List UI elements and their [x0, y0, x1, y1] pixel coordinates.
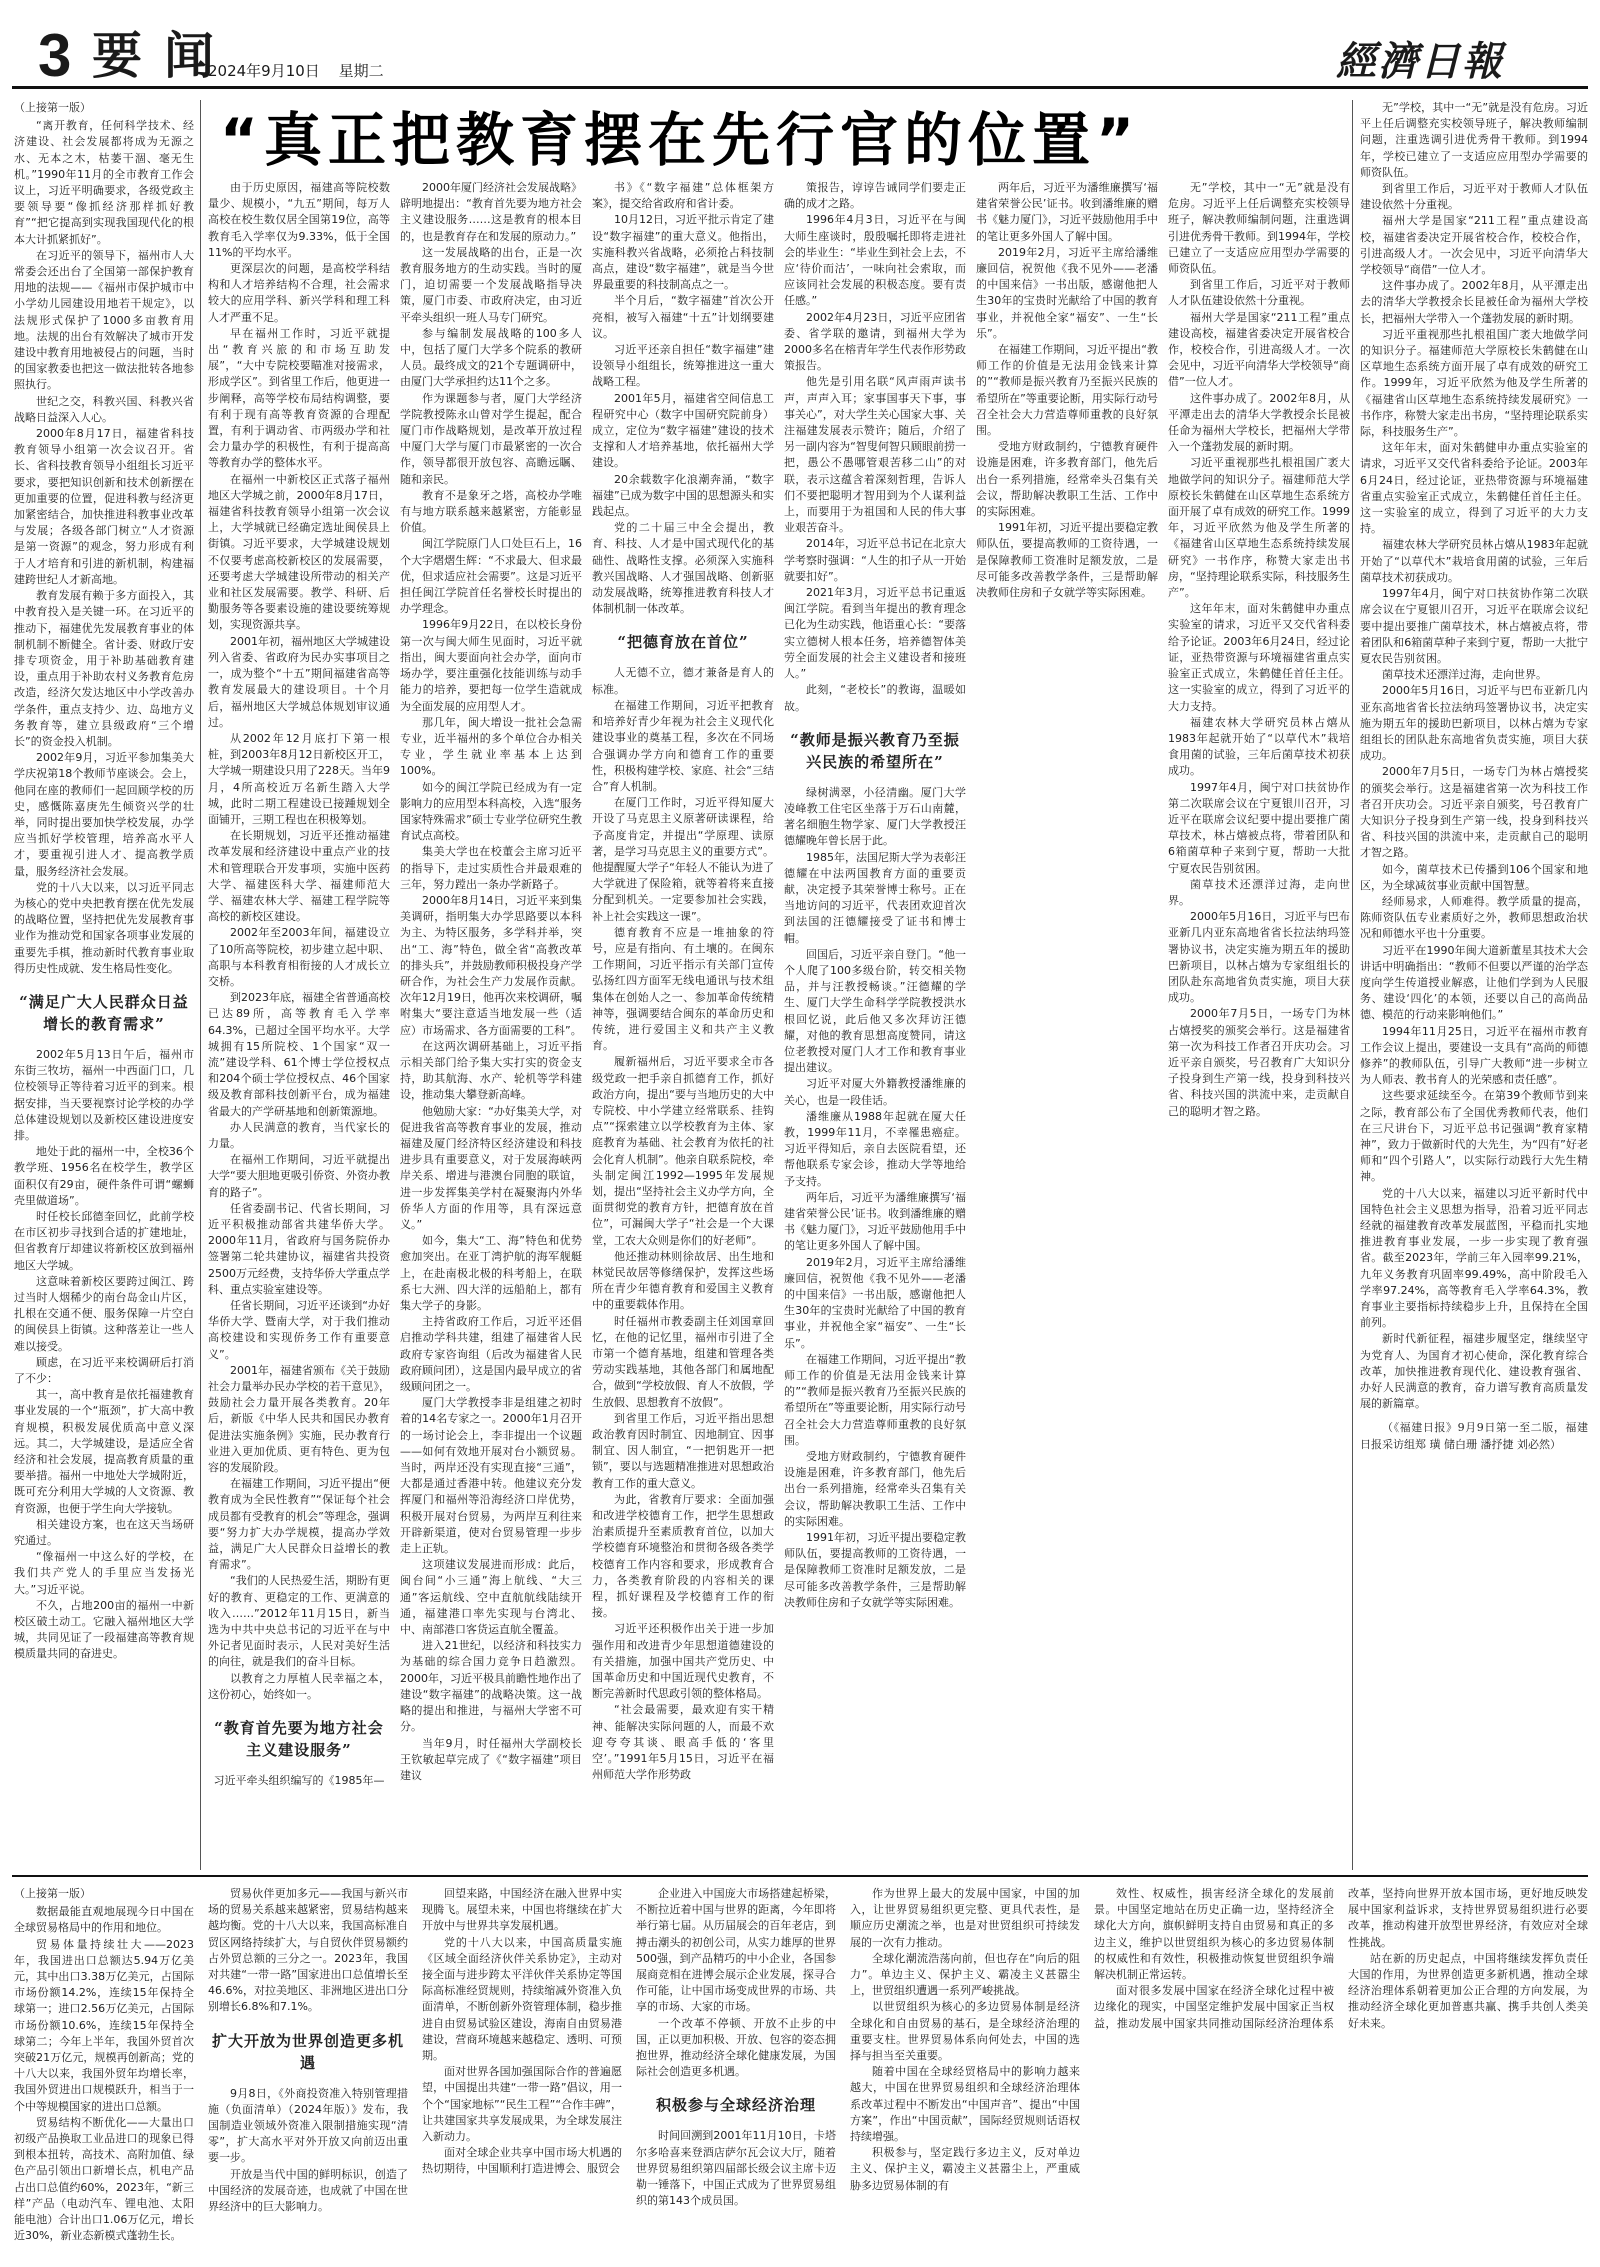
paragraph: 贸易伙伴更加多元——我国与新兴市场的贸易关系越来越紧密，贸易结构越来越均衡。党的… [208, 1886, 408, 2016]
paragraph: 这年年末，面对朱鹤健申办重点实验室的请求，习近平又交代省科委给予论证。2003年… [1360, 440, 1588, 537]
paragraph: 人无德不立，德才兼备是育人的标准。 [592, 665, 774, 697]
paragraph: 企业进入中国庞大市场搭建起桥梁，不断拉近着中国与世界的距离，今年即将举行第七届。… [636, 1886, 836, 2016]
paragraph: 在福建工作期间，习近平提出“便教育成为全民性教育”“保证每个社会成员都有受教育的… [208, 1476, 390, 1573]
paragraph: 两年后，习近平为潘维廉撰写‘福建省荣誉公民’证书。收到潘维廉的赠书《魅力厦门》，… [976, 180, 1158, 245]
page-number: 3 [38, 26, 71, 86]
top-column-1: （上接第一版） “离开教育，任何科学技术、经济建设、社会发展都将成为无源之水、无… [14, 100, 194, 1870]
paragraph: 由于历史原因，福建高等院校数量少、规模小，“九五”期间，每万人高校在校生数仅居全… [208, 180, 390, 261]
paragraph: 1996年9月22日，在以校长身份第一次与闽大师生见面时，习近平就指出，闽大要面… [400, 617, 582, 714]
story-separator [12, 1875, 1588, 1877]
paragraph: 地处于此的福州一中，全校36个教学班、1956名在校学生，教学区面积仅有29亩，… [14, 1144, 194, 1209]
paragraph: 绿树满翠，小径清幽。厦门大学凌峰教工住宅区坐落于万石山南麓，著名细胞生物学家、厦… [784, 785, 966, 850]
paragraph: 2000年5月16日，习近平与巴布亚新几内亚东高地省省长拉法纳玛签署协议书，决定… [1168, 909, 1350, 1006]
paragraph: 习近平重视那些扎根祖国广袤大地做学问的知识分子。福建师范大学原校长朱鹤健在山区草… [1168, 455, 1350, 601]
paragraph: 2001年5月，福建省空间信息工程研究中心（数字中国研究院前身）成立，定位为“数… [592, 391, 774, 472]
paragraph: 办人民满意的教育，当代家长的力量。 [208, 1120, 390, 1152]
date-line: 2024年9月10日 星期二 [208, 60, 398, 81]
paragraph: 在习近平的领导下，福州市人大常委会还出台了全国第一部保护教育用地的法规——《福州… [14, 248, 194, 394]
bottom-column-6: 效性、权威性，损害经济全球化的发展前景。中国坚定地站在历史正确一边，坚持经济全球… [1094, 1886, 1588, 2261]
paragraph: 在福建工作期间，习近平把教育和培养好青少年视为社会主义现代化建设事业的奠基工程，… [592, 698, 774, 795]
paragraph: 书》《“数字福建”总体框架方案》，提交给省政府和省计委。 [592, 180, 774, 212]
paragraph: 无”学校，其中一“无”就是没有危房。习近平上任后调整充实校领导班子，解决教师编制… [1168, 180, 1350, 277]
paragraph: 2002年5月13日午后，福州市东街三牧坊，福州一中西面门口，几位校领导正等待着… [14, 1047, 194, 1144]
paragraph: 在福州工作期间，习近平就提出大学“要大胆地更吸引侨资、外资办教育的路子”。 [208, 1152, 390, 1201]
subheading: 积极参与全球经济治理 [636, 2094, 836, 2116]
paragraph: 9月8日，《外商投资准入特别管理措施（负面清单）（2024年版）》发布，我国制造… [208, 2086, 408, 2167]
paragraph: 随着中国在全球经贸格局中的影响力越来越大，中国在世界贸易组织和全球经济治理体系改… [850, 2064, 1080, 2145]
paragraph: 厦门大学教授李非是组建之初时着的14名专家之一。2000年1月召开的一场讨论会上… [400, 1395, 582, 1557]
paragraph: 不久，占地200亩的福州一中新校区破土动工。它融入福州地区大学城，共同见证了一段… [14, 1598, 194, 1663]
paragraph: 习近平还积极作出关于进一步加强作用和改进青少年思想道德建设的有关措施，加强中国共… [592, 1621, 774, 1702]
column-rule [200, 100, 201, 1870]
paragraph: 10月12日，习近平批示肯定了建设“数字福建”的重大意义。他指出，实施科教兴省战… [592, 212, 774, 293]
masthead: 3 要闻 2024年9月10日 星期二 經濟日報 [0, 0, 1600, 90]
paragraph: 这意味着新校区要跨过闽江、跨过当时人烟稀少的南台岛金山片区，扎根在交通不便、服务… [14, 1274, 194, 1355]
paragraph: 1997年4月，闽宁对口扶贫协作第二次联席会议在宁夏银川召开，习近平在联席会议纪… [1360, 586, 1588, 667]
subheading: “教育首先要为地方社会主义建设服务” [208, 1717, 390, 1761]
column-rule [1352, 100, 1353, 1870]
paragraph: 参与编制发展战略的100多人中，包括了厦门大学多个院系的教研人员。最终成文的21… [400, 326, 582, 391]
paragraph: “像福州一中这么好的学校，在我们共产党人的手里应当发扬光大。”习近平说。 [14, 1549, 194, 1598]
paragraph: 更深层次的问题，是高校学科结构和人才培养结构不合理，社会需求较大的应用学科、新兴… [208, 261, 390, 326]
paragraph: 策报告，谆谆告诫同学们要走正确的成才之路。 [784, 180, 966, 212]
paragraph: 2000年8月17日，福建省科技教育领导小组第一次会议召开。省长、省科技教育领导… [14, 426, 194, 588]
paragraph: 相关建设方案，也在这天当场研究通过。 [14, 1517, 194, 1549]
paragraph: 经师易求，人师难得。教学质量的提高，陈师资队伍专业素质好之外，教师思想政治状况和… [1360, 894, 1588, 943]
issue-date: 2024年9月10日 [208, 62, 320, 80]
top-column-6: 无”学校，其中一“无”就是没有危房。习近平上任后调整充实校领导班子，解决教师编制… [1360, 100, 1588, 1870]
paragraph: 时间回溯到2001年11月10日，卡塔尔多哈喜来登酒店萨尔瓦会议大厅，随着世界贸… [636, 2128, 836, 2209]
paragraph: 其一，高中教育是依托福建教育事业发展的一个“瓶颈”，扩大高中教育规模，积极发展优… [14, 1387, 194, 1517]
paragraph: 2000年7月5日，一场专门为林占熺授奖的颁奖会举行。这是福建省第一次为科技工作… [1360, 764, 1588, 861]
paragraph: 从2002年12月底打下第一根桩，到2003年8月12日新校区开工，大学城一期建… [208, 731, 390, 828]
paragraph: 德育教育不应是一堆抽象的符号，应是有指向、有土壤的。在闽东工作期间，习近平指示有… [592, 925, 774, 1055]
paragraph: 如今的闽江学院已经成为有一定影响力的应用型本科高校，入选“服务国家特殊需求”硕士… [400, 780, 582, 845]
paragraph: 作为世界上最大的发展中国家，中国的加入，让世界贸易组织更完整、更具代表性，是顺应… [850, 1886, 1080, 1951]
paragraph: 作为课题参与者，厦门大学经济学院教授陈永山曾对学生提起，配合厦门市作战略规划，是… [400, 391, 582, 488]
paragraph: 福州大学是国家“211工程”重点建设高校，福建省委决定开展省校合作，校校合作，引… [1360, 213, 1588, 278]
paragraph: 2001年初，福州地区大学城建设列入省委、省政府为民办实事项目之一，成为整个“十… [208, 634, 390, 731]
paragraph: 党的十八大以来，中国高质量实施《区域全面经济伙伴关系协定》，主动对接全面与进步跨… [422, 1935, 622, 2065]
paragraph: 2002年4月23日，习近平应团省委、省学联的邀请，到福州大学为2000多名在榕… [784, 310, 966, 375]
paragraph: 效性、权威性，损害经济全球化的发展前景。中国坚定地站在历史正确一边，坚持经济全球… [1094, 1886, 1334, 1983]
paragraph: 开放是当代中国的鲜明标识，创造了中国经济的发展奇迹，也成就了中国在世界经济中的巨… [208, 2167, 408, 2216]
paragraph: 1985年，法国尼斯大学为表彰汪德耀在中法两国教育方面的重要贡献，决定授予其荣誉… [784, 850, 966, 947]
paragraph: 菌草技术还漂洋过海，走向世界。 [1360, 667, 1588, 683]
paragraph: 他先是引用名联“风声雨声读书声，声声入耳；家事国事天下事，事事关心”，对大学生关… [784, 374, 966, 536]
paragraph: 全球化潮流浩荡向前，但也存在“向后的阻力”。单边主义、保护主义、霸凌主义甚嚣尘上… [850, 1951, 1080, 2000]
paragraph: 2000年5月16日，习近平与巴布亚新几内亚东高地省省长拉法纳玛签署协议书，决定… [1360, 683, 1588, 764]
masthead-rule [12, 86, 1588, 89]
paragraph: 这些要求延续至今。在第39个教师节到来之际，教育部公布了全国优秀教师代表，他们在… [1360, 1088, 1588, 1185]
paragraph: 早在福州工作时，习近平就提出“教育兴旅的和市场互助发展”，“大中专院校要瞄准对接… [208, 326, 390, 472]
paragraph: 闽江学院原门人口处巨石上，16个大字熠熠生辉：“不求最大、但求最优，但求适应社会… [400, 536, 582, 617]
paragraph: 到2023年底，福建全省普通高校已达89所，高等教育毛入学率64.3%，已超过全… [208, 990, 390, 1120]
paragraph: 到省里工作后，习近平指出思想政治教育因时制宜、因地制宜、因事制宜、因人制宜，“一… [592, 1411, 774, 1492]
top-column-3: 2000年厦门经济社会发展战略》辟明地提出：“教育首先要为地方社会主义建设服务…… [400, 180, 582, 1870]
paragraph: “社会最需要，最欢迎有实干精神、能解决实际问题的人，而最不欢迎夸夸其谈、眼高手低… [592, 1702, 774, 1783]
paragraph: 福州大学是国家“211工程”重点建设高校，福建省委决定开展省校合作，校校合作，引… [1168, 310, 1350, 391]
paragraph: 2000年7月5日，一场专门为林占熺授奖的颁奖会举行。这是福建省第一次为科技工作… [1168, 1006, 1350, 1119]
paragraph: 1996年4月3日，习近平在与闽大师生座谈时，殷殷嘱托即将走进社会的毕业生：“毕… [784, 212, 966, 309]
paragraph: 教育不是象牙之塔，高校办学唯有与地方联系越来越紧密，方能彰显价值。 [400, 488, 582, 537]
bottom-column-5: 作为世界上最大的发展中国家，中国的加入，让世界贸易组织更完整、更具代表性，是顺应… [850, 1886, 1080, 2261]
top-column-2: 由于历史原因，福建高等院校数量少、规模小，“九五”期间，每万人高校在校生数仅居全… [208, 180, 390, 1870]
paragraph: 他还推动林则徐故居、出生地和林觉民故居等修缮保护，发挥这些场所在青少年德育教育和… [592, 1249, 774, 1314]
paragraph: 在福建工作期间，习近平提出“教师工作的价值是无法用金钱来计算的”“教师是振兴教育… [784, 1352, 966, 1449]
paragraph: 回望来路，中国经济在融入世界中实现腾飞。展望未来，中国也将继续在扩大开放中与世界… [422, 1886, 622, 1935]
continued-note: （上接第一版） [14, 1886, 194, 1902]
paragraph: 贸易结构不断优化——大量出口初级产品换取工业品进口的现象已得到根本扭转，高技术、… [14, 2115, 194, 2245]
paragraph: 他勉励大家：“办好集美大学，对促进我省高等教育事业的发展，推动福建及厦门经济特区… [400, 1104, 582, 1234]
paragraph: 半个月后，“数字福建”首次公开亮相，被写入福建“十五”计划纲要建议。 [592, 293, 774, 342]
continued-note: （上接第一版） [14, 100, 194, 116]
paragraph: 到省里工作后，习近平对于教师人才队伍建设依然十分重视。 [1168, 277, 1350, 309]
paragraph: 一个改革不停顿、开放不止步的中国，正以更加积极、开放、包容的姿态拥抱世界，推动经… [636, 2016, 836, 2081]
paragraph: 这项建议发展进而形成：此后，闽台间“小三通”海上航线、“大三通”客运航线、空中直… [400, 1557, 582, 1638]
paragraph: 2002年至2003年间，福建设立了10所高等院校，初步建立起中职、高职与本科教… [208, 925, 390, 990]
paragraph: 集美大学也在校董会主席习近平的指导下，走过实质性合并最艰难的三年，努力蹚出一条办… [400, 844, 582, 893]
paragraph: 在长期规划，习近平还推动福建改革发展和经济建设中重点产业的技术和管理联合开发事项… [208, 828, 390, 925]
paragraph: 党的二十届三中全会提出，教育、科技、人才是中国式现代化的基础性、战略性支撑。必须… [592, 520, 774, 617]
paragraph: 这件事办成了。2002年8月，从平潭走出去的清华大学教授余长昆被任命为福州大学校… [1168, 391, 1350, 456]
headline: “真正把教育摆在先行官的位置” [180, 100, 1180, 180]
paragraph: 1994年11月25日，习近平在福州市教育工作会议上提出，要建设一支具有“高尚的… [1360, 1024, 1588, 1089]
paragraph: 2021年3月，习近平总书记重返闽江学院。看到当年提出的教育理念已化为生动实践，… [784, 585, 966, 682]
paragraph: 习近平在1990年闽大道新董星其技术大会讲话中明确指出：“教师不但要以严谨的治学… [1360, 943, 1588, 1024]
paragraph: 履新福州后，习近平要求全市各级党政一把手亲自抓德育工作，抓好政治方向，提出“要与… [592, 1054, 774, 1248]
paragraph: 1997年4月，闽宁对口扶贫协作第二次联席会议在宁夏银川召开，习近平在联席会议纪… [1168, 780, 1350, 877]
paragraph: 2000年厦门经济社会发展战略》辟明地提出：“教育首先要为地方社会主义建设服务…… [400, 180, 582, 245]
paragraph: 2001年，福建省颁布《关于鼓励社会力量举办民办学校的若干意见》，鼓励社会力量开… [208, 1363, 390, 1476]
top-column-5-continued: 两年后，习近平为潘维廉撰写‘福建省荣誉公民’证书。收到潘维廉的赠书《魅力厦门》，… [976, 180, 1158, 1870]
paragraph: 无”学校，其中一“无”就是没有危房。习近平上任后调整充实校领导班子，解决教师编制… [1360, 100, 1588, 181]
paragraph: 2000年8月14日，习近平来到集美调研，指明集大办学思路要以本科为主、为特区服… [400, 893, 582, 1039]
paragraph: 菌草技术还漂洋过海，走向世界。 [1168, 877, 1350, 909]
paragraph: 1991年初，习近平提出要稳定教师队伍，要提高教师的工资待遇，一是保障教师工资准… [976, 520, 1158, 601]
paragraph: 新时代新征程，福建步履坚定，继续坚守为党育人、为国育才初心使命，深化教育综合改革… [1360, 1331, 1588, 1412]
paragraph: 福建农林大学研究员林占熺从1983年起就开始了“以草代木”栽培食用菌的试验，三年… [1360, 537, 1588, 586]
subheading: 扩大开放为世界创造更多机遇 [208, 2030, 408, 2074]
paragraph: 如今，集大“工、海”特色和优势愈加突出。在亚丁湾护航的海军舰艇上，在赴南极北极的… [400, 1233, 582, 1314]
paragraph: 在福建工作期间，习近平提出“教师工作的价值是无法用金钱来计算的”“教师是振兴教育… [976, 342, 1158, 439]
paragraph: 在厦门工作时，习近平得知厦大开设了马克思主义原著研读课程，给予高度肯定，并提出“… [592, 795, 774, 925]
bottom-column-4: 企业进入中国庞大市场搭建起桥梁，不断拉近着中国与世界的距离，今年即将举行第七届。… [636, 1886, 836, 2261]
paragraph: 进入21世纪，以经济和科技实力为基础的综合国力竞争日趋激烈。2000年，习近平极… [400, 1638, 582, 1735]
paragraph: 为此，省教育厅要求：全面加强和改进学校德育工作，把学生思想政治素质提升至素质教育… [592, 1492, 774, 1622]
newspaper-logo: 經濟日報 [1336, 30, 1504, 87]
top-column-5: 策报告，谆谆告诫同学们要走正确的成才之路。 1996年4月3日，习近平在与闽大师… [784, 180, 966, 1870]
paragraph: 这件事办成了。2002年8月，从平潭走出去的清华大学教授余长昆被任命为福州大学校… [1360, 278, 1588, 327]
paragraph: 任省委副书记、代省长期间，习近平积极推动部省共建华侨大学。2000年11月，省政… [208, 1201, 390, 1298]
paragraph: 教育发展有赖于多方面投入，其中教育投入是关键一环。在习近平的推动下，福建优先发展… [14, 588, 194, 750]
paragraph: 2014年，习近平总书记在北京大学考察时强调：“人生的扣子从一开始就要扣好”。 [784, 536, 966, 585]
paragraph: 顾虑，在习近平来校调研后打消了不少： [14, 1355, 194, 1387]
paragraph: 习近平重视那些扎根祖国广袤大地做学问的知识分子。福建师范大学原校长朱鹤健在山区草… [1360, 327, 1588, 440]
paragraph: “离开教育，任何科学技术、经济建设、社会发展都将成为无源之水、无本之木，枯萎干涸… [14, 118, 194, 248]
paragraph: 如今，菌草技术已传播到106个国家和地区，为全球减贫事业贡献中国智慧。 [1360, 862, 1588, 894]
paragraph: 站在新的历史起点，中国将继续发挥负责任大国的作用，为世界创造更多新机遇，推动全球… [1348, 1951, 1588, 2032]
paragraph: 数据最能直观地展现今日中国在全球贸易格局中的作用和地位。 [14, 1904, 194, 1936]
paragraph: 福建农林大学研究员林占熺从1983年起就开始了“以草代木”栽培食用菌的试验，三年… [1168, 715, 1350, 780]
paragraph: 潘维廉从1988年起就在厦大任教，1999年11月，不幸罹患癌症。习近平得知后，… [784, 1109, 966, 1190]
paragraph: 受地方财政制约，宁德教育硬件设施是困难，许多教育部门，他先后出台一系列措施，经常… [784, 1449, 966, 1530]
bottom-column-2: 贸易伙伴更加多元——我国与新兴市场的贸易关系越来越紧密，贸易结构越来越均衡。党的… [208, 1886, 408, 2261]
top-column-4: 书》《“数字福建”总体框架方案》，提交给省政府和省计委。 10月12日，习近平批… [592, 180, 774, 1870]
paragraph: 两年后，习近平为潘维廉撰写‘福建省荣誉公民’证书。收到潘维廉的赠书《魅力厦门》，… [784, 1190, 966, 1255]
paragraph: 当年9月，时任福州大学副校长王钦敏起草完成了《“数字福建”项目建议 [400, 1736, 582, 1785]
paragraph: 2002年9月，习近平参加集美大学庆祝第18个教师节座谈会。会上，他同在座的教师… [14, 750, 194, 880]
subheading: “满足广大人民群众日益增长的教育需求” [14, 991, 194, 1035]
bottom-column-1: （上接第一版） 数据最能直观地展现今日中国在全球贸易格局中的作用和地位。 贸易体… [14, 1886, 194, 2261]
paragraph: 以教育之力厚植人民幸福之本，这份初心，始终如一。 [208, 1671, 390, 1703]
paragraph: “我们的人民热爱生活，期盼有更好的教育、更稳定的工作、更满意的收入……”2012… [208, 1573, 390, 1670]
paragraph: 在福州一中新校区正式落子福州地区大学城之前，2000年8月17日，福建省科技教育… [208, 472, 390, 634]
paragraph: 2019年2月，习近平主席给潘维廉回信，祝贺他《我不见外——老潘的中国来信》一书… [976, 245, 1158, 342]
paragraph: 回国后，习近平亲自登门。“他一个人爬了100多级台阶，转交相关物品，并与汪教授畅… [784, 947, 966, 1077]
paragraph: 党的十八大以来，福建以习近平新时代中国特色社会主义思想为指导，沿着习近平同志经就… [1360, 1186, 1588, 1332]
paragraph: 党的十八大以来，以习近平同志为核心的党中央把教育摆在优先发展的战略位置，坚持把优… [14, 880, 194, 977]
paragraph: 在这两次调研基础上，习近平指示相关部门给予集大实打实的资金支持，助其航海、水产、… [400, 1039, 582, 1104]
subheading: “把德育放在首位” [592, 631, 774, 653]
paragraph: 那几年，闽大增设一批社会急需专业，近半福州的多个单位合办相关专业，学生就业率基本… [400, 715, 582, 780]
paragraph: 习近平还亲自担任“数字福建”建设领导小组组长，统筹推进这一重大战略工程。 [592, 342, 774, 391]
subheading: “教师是振兴教育乃至振兴民族的希望所在” [784, 729, 966, 773]
paragraph: 习近平牵头组织编写的《1985年— [208, 1773, 390, 1789]
paragraph: 到省里工作后，习近平对于教师人才队伍建设依然十分重视。 [1360, 181, 1588, 213]
top-column-6-lead: 无”学校，其中一“无”就是没有危房。习近平上任后调整充实校领导班子，解决教师编制… [1168, 180, 1350, 1870]
paragraph: 时任校长邱德奎回忆，此前学校在市区初步寻找到合适的扩建地址，但省教育厅却建议将新… [14, 1209, 194, 1274]
paragraph: 这一发展战略的出台，正是一次教育服务地方的生动实践。当时的厦门，迫切需要一个发展… [400, 245, 582, 326]
bottom-column-3: 回望来路，中国经济在融入世界中实现腾飞。展望未来，中国也将继续在扩大开放中与世界… [422, 1886, 622, 2261]
paragraph: 1991年初，习近平提出要稳定教师队伍，要提高教师的工资待遇，一是保障教师工资准… [784, 1530, 966, 1611]
paragraph: 世纪之交，科教兴国、科教兴省战略日益深入人心。 [14, 394, 194, 426]
paragraph: 这年年末，面对朱鹤健申办重点实验室的请求，习近平又交代省科委给予论证。2003年… [1168, 601, 1350, 714]
article-credit: （《福建日报》9月9日第一至二版，福建日报采访组郑 璜 储白珊 潘抒捷 刘必然） [1360, 1420, 1588, 1452]
paragraph: 以世贸组织为核心的多边贸易体制是经济全球化和自由贸易的基石，是全球经济治理的重要… [850, 1999, 1080, 2064]
paragraph: 此刻，“老校长”的教诲，温暖如故。 [784, 682, 966, 714]
paragraph: 20余载数字化浪潮奔涌，“数字福建”已成为数字中国的思想源头和实践起点。 [592, 472, 774, 521]
paragraph: 面对全球企业共享中国市场大机遇的热切期待，中国顺利打造进博会、服贸会 [422, 2145, 622, 2177]
issue-weekday: 星期二 [339, 62, 384, 80]
paragraph: 受地方财政制约，宁德教育硬件设施是困难，许多教育部门，他先后出台一系列措施，经常… [976, 439, 1158, 520]
paragraph: 面对世界各国加强国际合作的普遍愿望，中国提出共建“一带一路”倡议，用一个个“国家… [422, 2064, 622, 2145]
paragraph: 主持省政府工作后，习近平还倡启推动学科共建，组建了福建省人民政府专家咨询组（后改… [400, 1314, 582, 1395]
paragraph: 积极参与，坚定践行多边主义，反对单边主义、保护主义，霸凌主义甚嚣尘上，严重威胁多… [850, 2145, 1080, 2194]
paragraph: 2019年2月，习近平主席给潘维廉回信，祝贺他《我不见外——老潘的中国来信》一书… [784, 1255, 966, 1352]
paragraph: 任省长期间，习近平还谈到“办好华侨大学、暨南大学，对于我们推动高校建设和实现侨务… [208, 1298, 390, 1363]
paragraph: 时任福州市教委副主任刘国章回忆，在他的记忆里，福州市引进了全市第一个德育基地，组… [592, 1314, 774, 1411]
paragraph: 习近平对厦大外籍教授潘维廉的关心，也是一段佳话。 [784, 1076, 966, 1108]
paragraph: 贸易体量持续壮大——2023年，我国进出口总额达5.94万亿美元，其中出口3.3… [14, 1937, 194, 2115]
